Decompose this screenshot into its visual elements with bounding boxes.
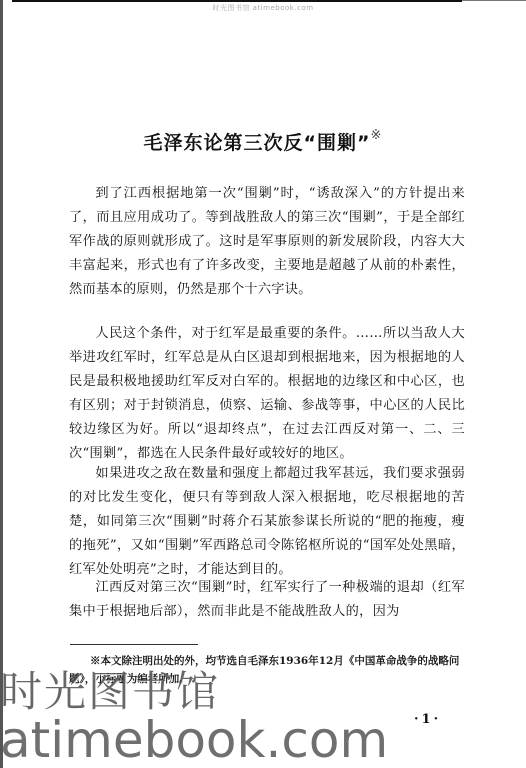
top-rule-right xyxy=(462,0,526,1)
top-rule xyxy=(12,0,462,2)
title-text: 毛泽东论第三次反“围剿” xyxy=(144,132,371,154)
paragraph-3: 如果进攻之敌在数量和强度上都超过我军甚远，我们要求强弱的对比发生变化，便只有等到… xyxy=(69,462,465,582)
page-number: ·1· xyxy=(414,712,441,727)
page-left-edge xyxy=(0,0,3,768)
watermark-domain: atimebook.com xyxy=(0,712,388,768)
paragraph-4: 江西反对第三次“围剿”时，红军实行了一种极端的退却（红军集中于根据地后部），然而… xyxy=(69,576,465,624)
header-watermark: 时光图书馆 atimebook.com xyxy=(0,3,526,13)
page-title: 毛泽东论第三次反“围剿”※ xyxy=(0,128,526,155)
watermark-chinese: 时光图书馆 xyxy=(0,668,220,716)
footnote-reference-mark: ※ xyxy=(371,128,383,143)
paragraph-1: 到了江西根据地第一次“围剿”时，“诱敌深入”的方针提出来了，而且应用成功了。等到… xyxy=(69,182,465,302)
paragraph-2: 人民这个条件，对于红军是最重要的条件。……所以当敌人大举进攻红军时，红军总是从白… xyxy=(69,322,465,466)
footnote-divider xyxy=(70,644,198,645)
